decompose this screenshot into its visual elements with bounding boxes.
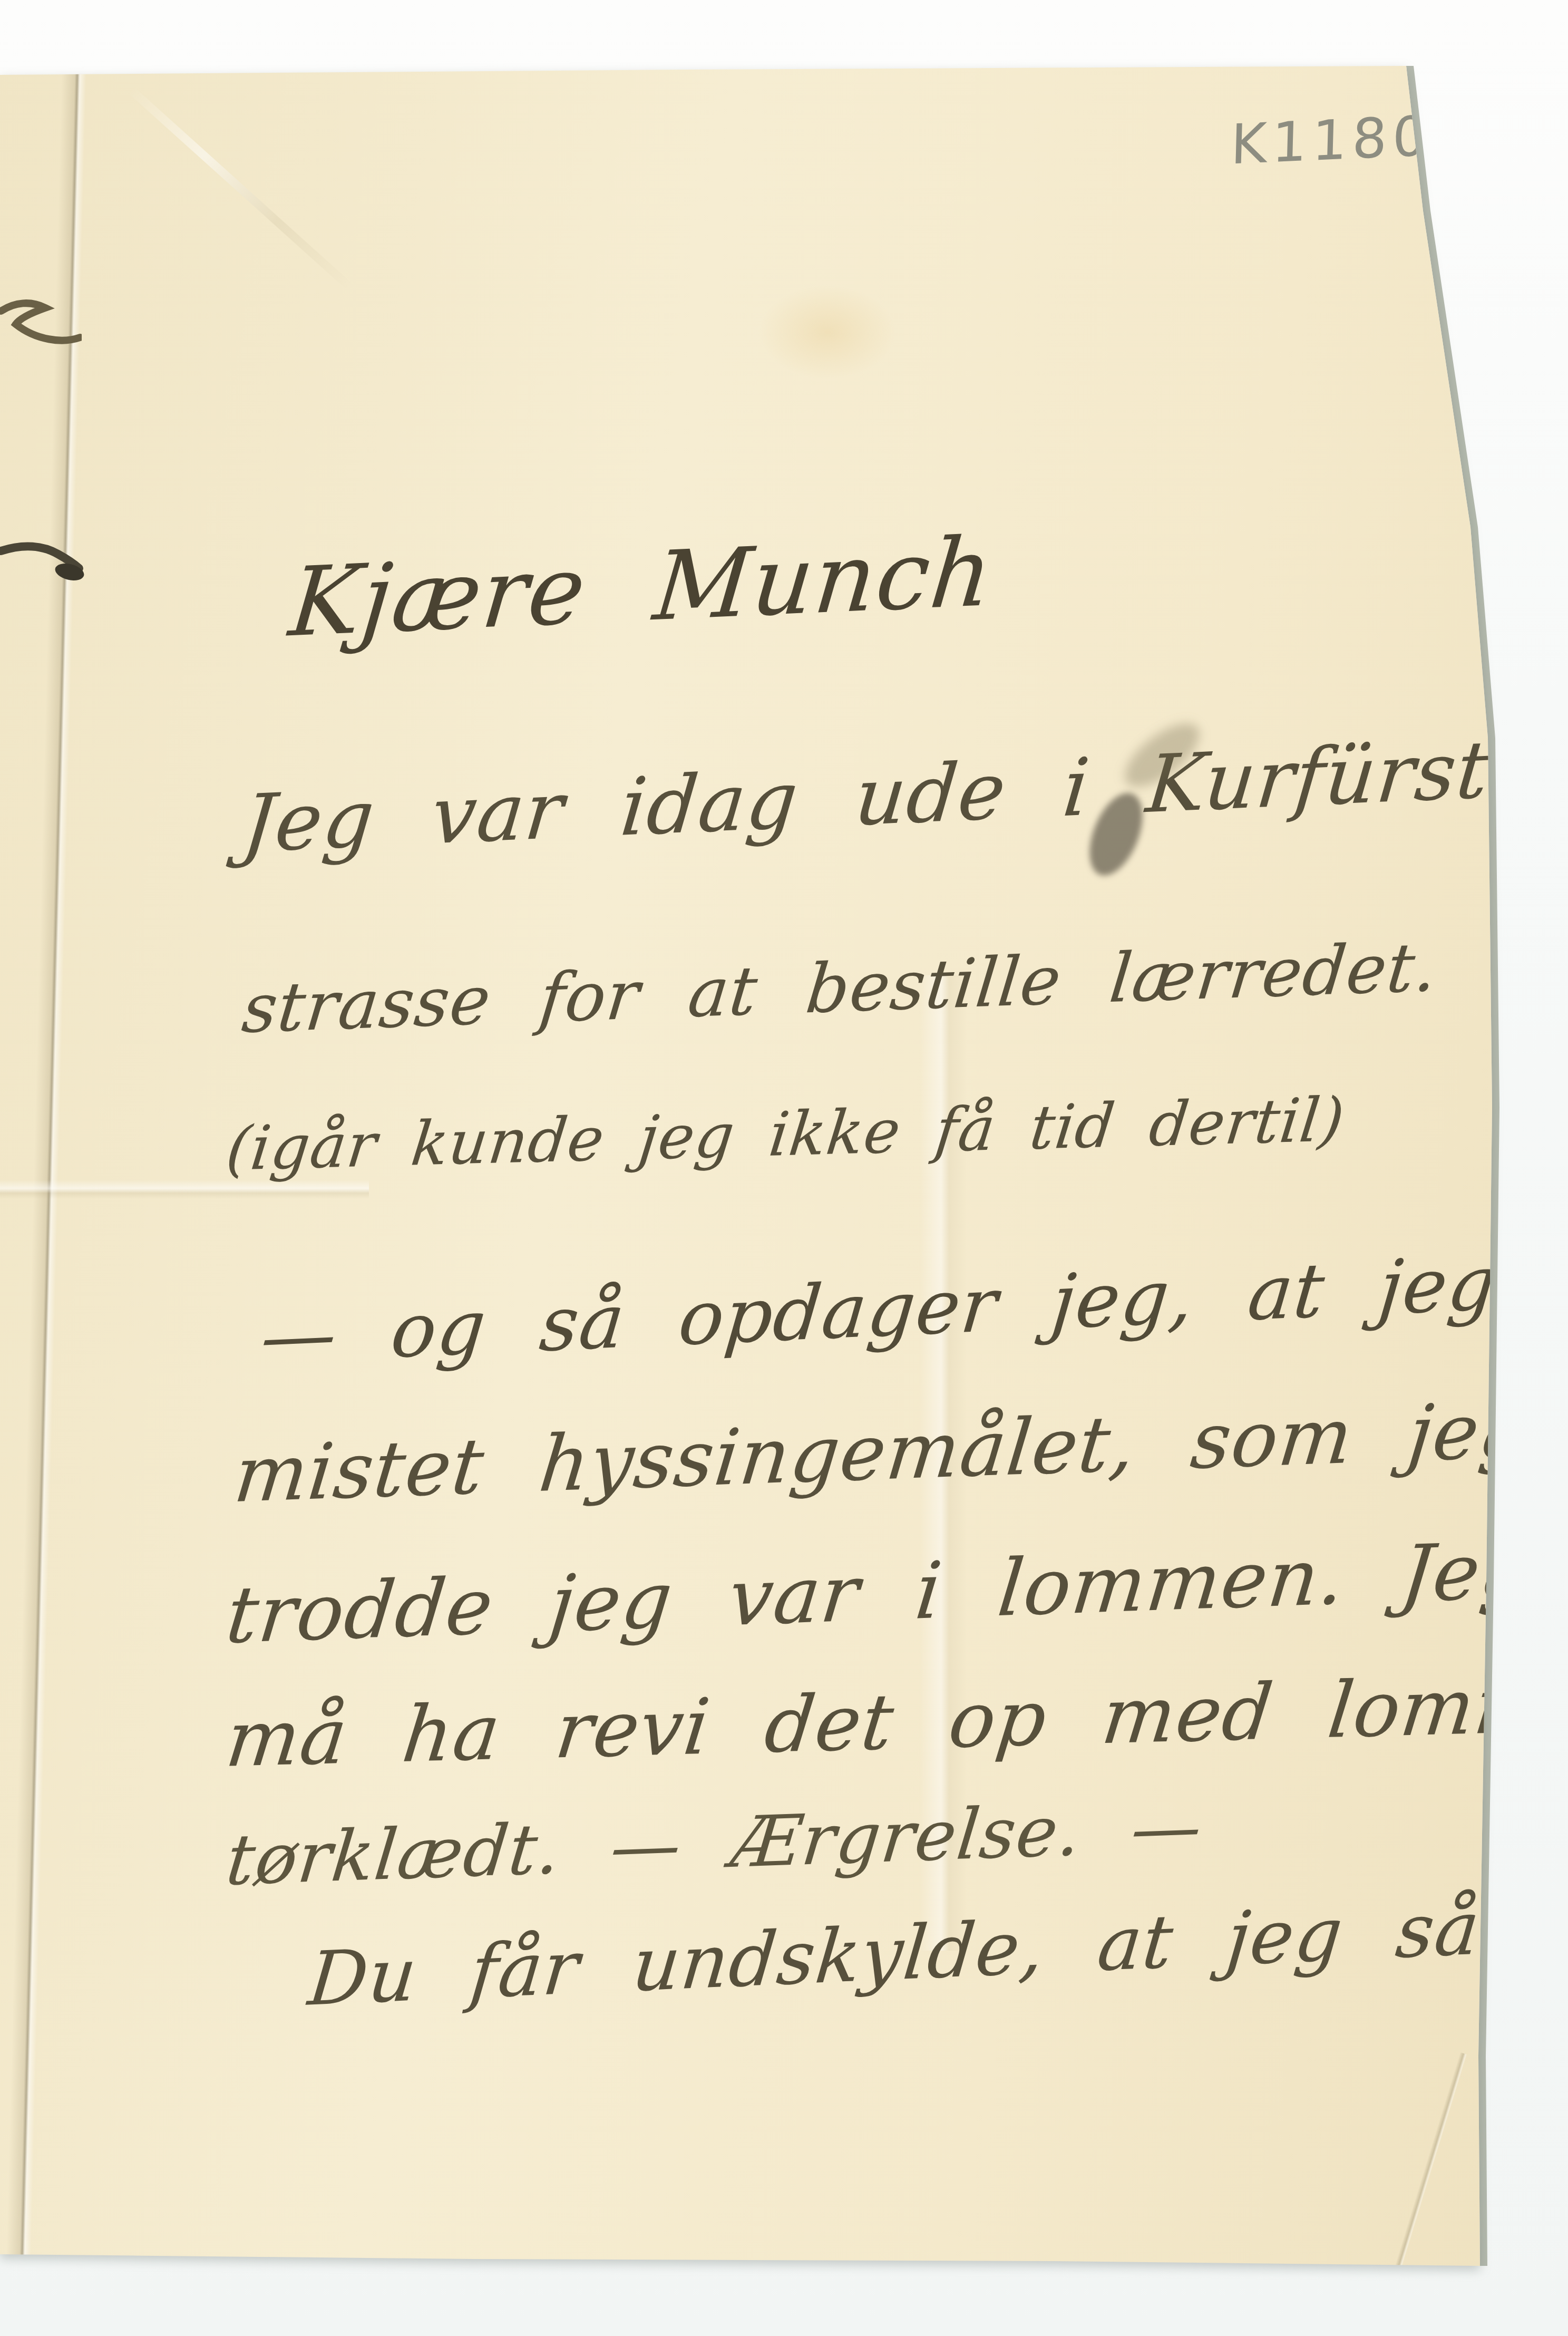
scanned-letter-canvas: K1180 Kjære Munch Jeg var idag ude i Kur… <box>0 0 1568 2336</box>
letter-line-3: (igår kunde jeg ikke få tid dertil) <box>223 1084 1349 1185</box>
letter-line-7: må ha revi det op med lomme- <box>222 1658 1568 1785</box>
catalog-number-pencil: K1180 <box>1230 104 1434 177</box>
letter-salutation: Kjære Munch <box>285 517 998 658</box>
ink-stroke-fragment-lower <box>0 530 98 593</box>
letter-line-2: strasse for at bestille lærredet. <box>239 928 1442 1049</box>
letter-line-1: Jeg var idag ude i Kurfürsten- <box>239 719 1568 871</box>
letter-line-5: mistet hyssingemålet, som jeg <box>230 1385 1534 1520</box>
letter-line-6: trodde jeg var i lommen. Jeg <box>222 1524 1536 1661</box>
paper-wrap: K1180 Kjære Munch Jeg var idag ude i Kur… <box>0 0 1568 2336</box>
letter-line-8: tørklædt. — Ærgrelse. — <box>222 1786 1206 1901</box>
letter-line-9: Du får undskylde, at jeg så <box>305 1885 1484 2023</box>
ink-stroke-fragment-upper <box>0 295 82 353</box>
paper-crease-diagonal <box>128 86 353 290</box>
letter-paper: K1180 Kjære Munch Jeg var idag ude i Kur… <box>0 0 1568 2336</box>
paper-stain <box>759 285 896 380</box>
fold-crease <box>6 69 93 2262</box>
paper-crease-corner <box>1394 2052 1467 2271</box>
letter-line-4: — og så opdager jeg, at jeg har <box>257 1232 1568 1381</box>
